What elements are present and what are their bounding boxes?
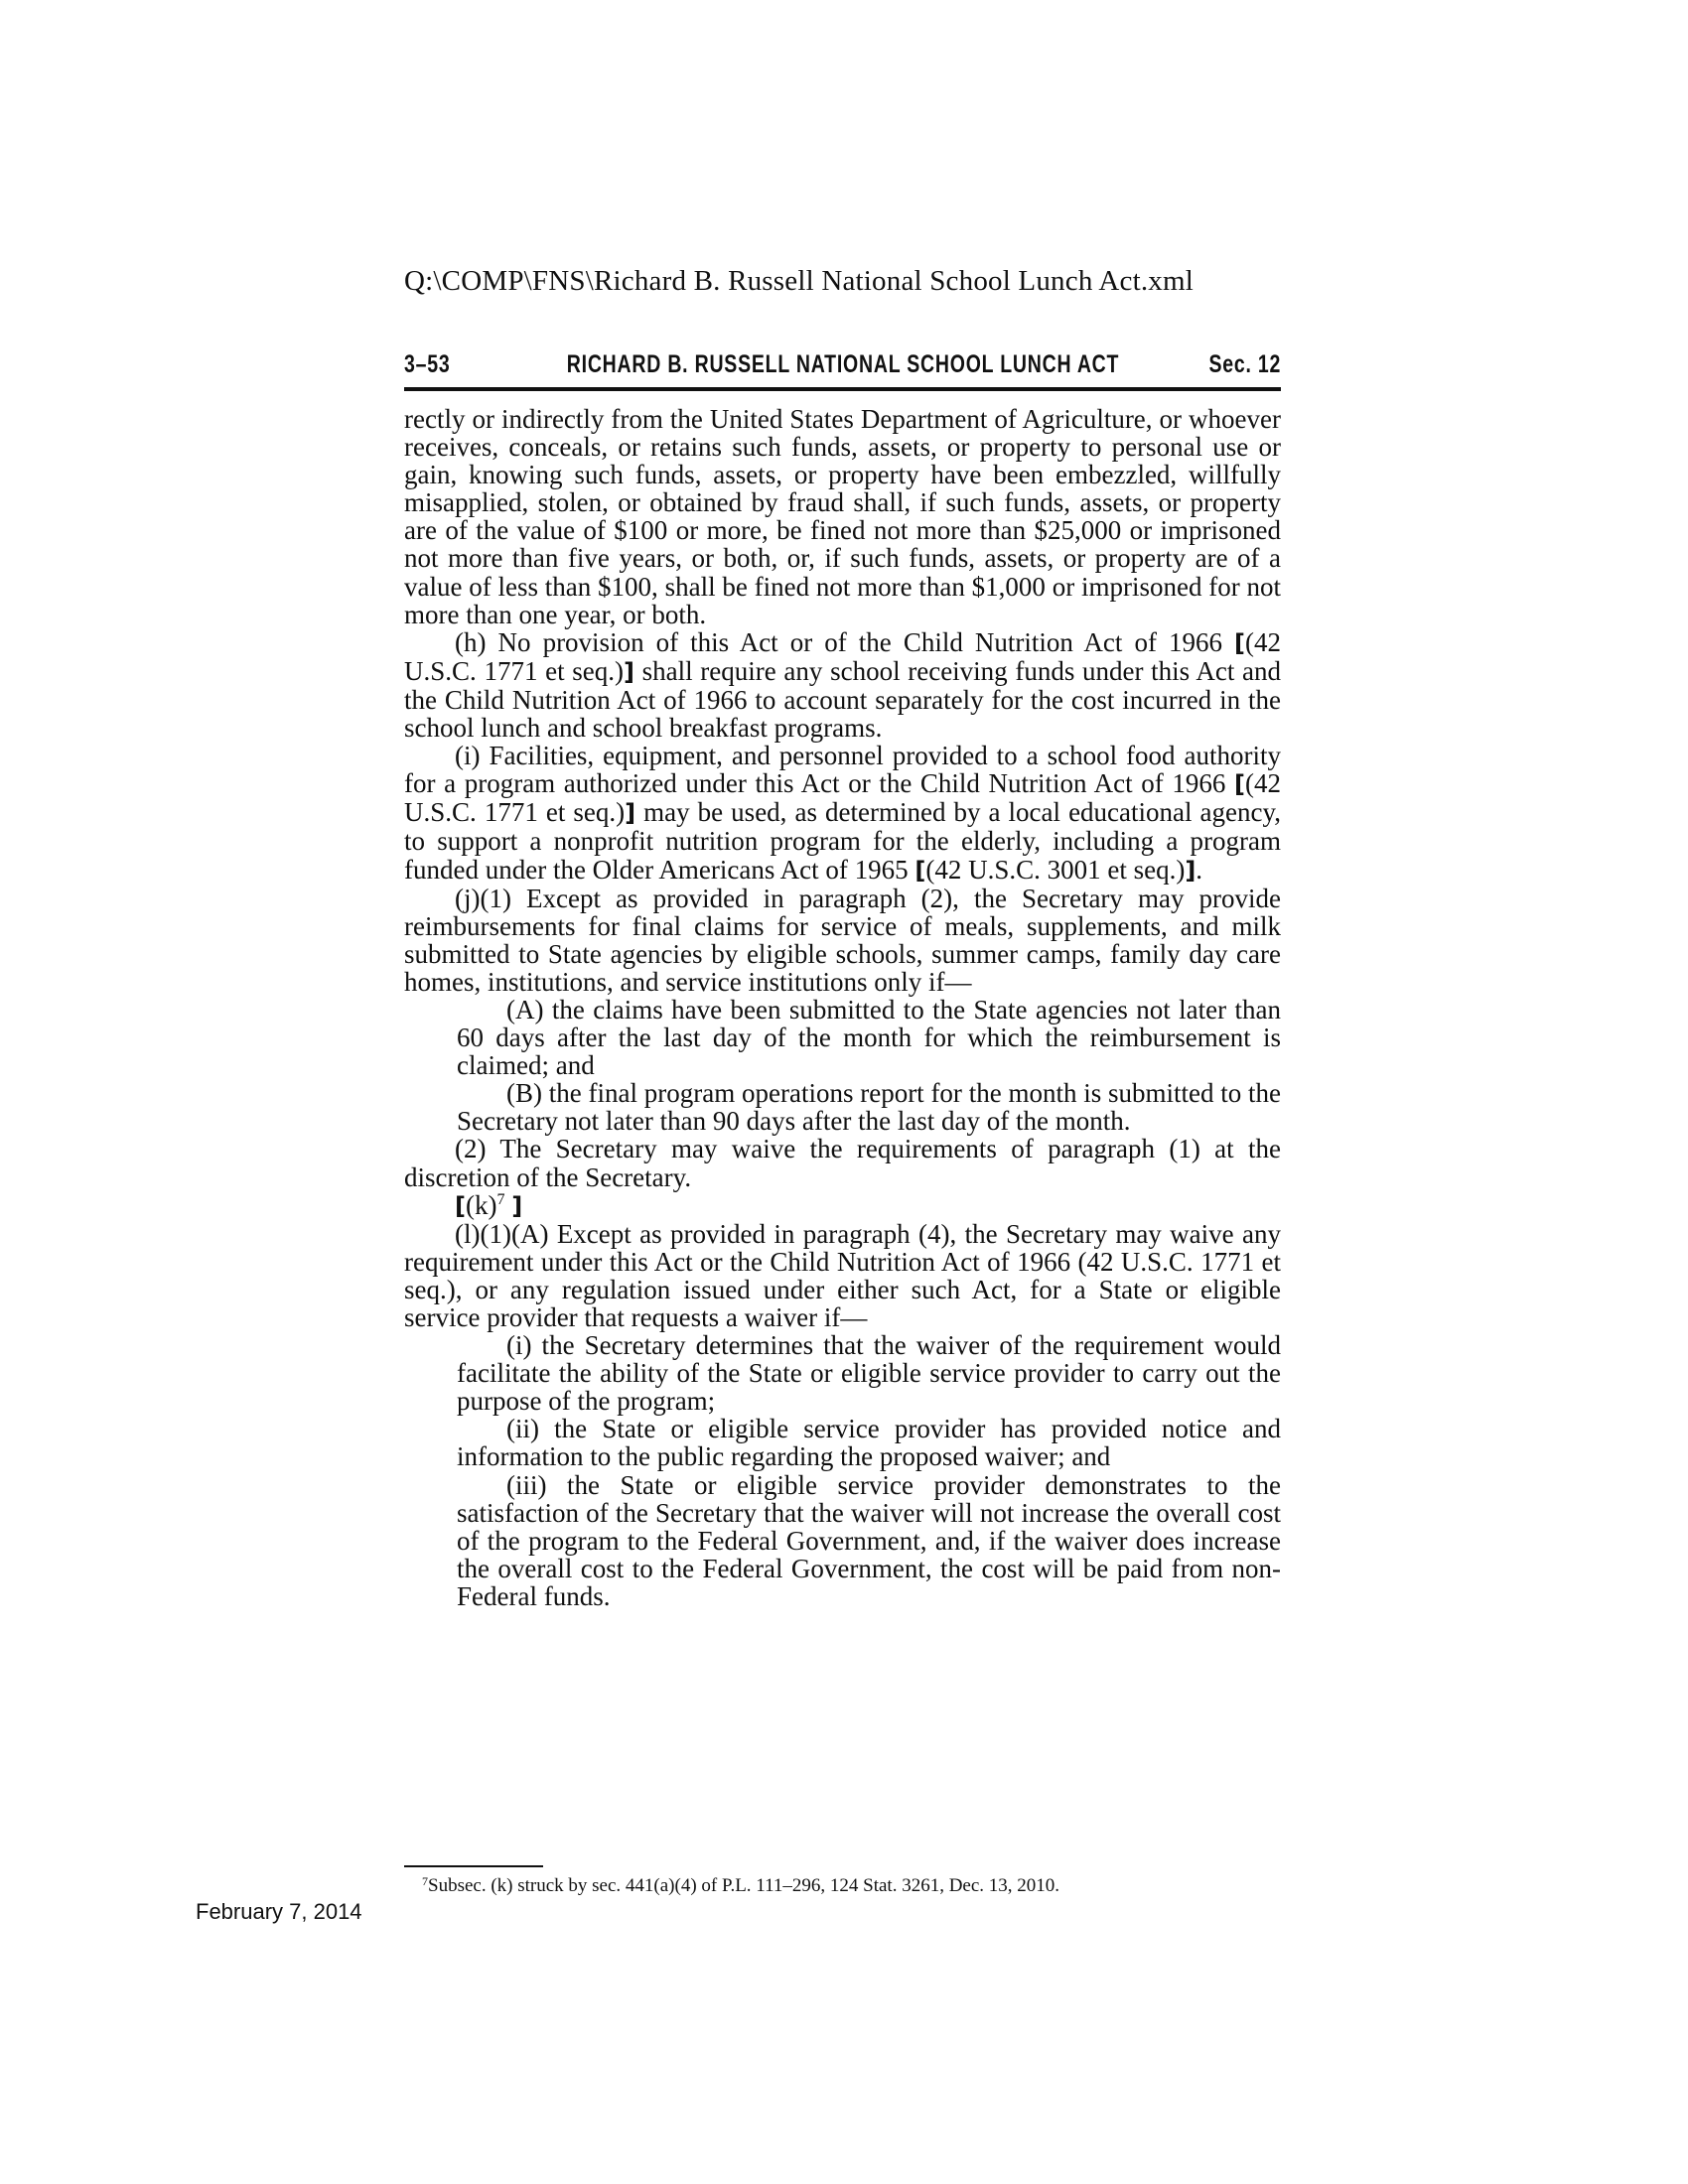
paragraph-g-continued: rectly or indirectly from the United Sta…	[404, 405, 1281, 628]
bracket-close: ]	[625, 799, 635, 827]
citation: (42 U.S.C. 3001 et seq.)	[925, 855, 1185, 885]
page-number: 3–53	[404, 347, 451, 381]
footnote: 7Subsec. (k) struck by sec. 441(a)(4) of…	[422, 1875, 1281, 1897]
footnote-text: Subsec. (k) struck by sec. 441(a)(4) of …	[428, 1875, 1059, 1896]
footnote-ref[interactable]: 7	[496, 1191, 504, 1208]
bracket-open: [	[914, 857, 925, 885]
paragraph-i: (i) Facilities, equipment, and personnel…	[404, 742, 1281, 884]
paragraph-k-struck: [(k)7 ]	[404, 1191, 1281, 1220]
section-label: Sec. 12	[1208, 347, 1281, 381]
paragraph-j-1: (j)(1) Except as provided in paragraph (…	[404, 885, 1281, 996]
bracket-open: [	[1234, 770, 1245, 798]
bracket-open: [	[1234, 629, 1245, 657]
paragraph-j-2: (2) The Secretary may waive the requirem…	[404, 1135, 1281, 1190]
running-head: 3–53 RICHARD B. RUSSELL NATIONAL SCHOOL …	[404, 347, 1281, 391]
paragraph-j-1-B: (B) the final program operations report …	[457, 1079, 1281, 1135]
paragraph-h: (h) No provision of this Act or of the C…	[404, 628, 1281, 742]
paragraph-j-1-A: (A) the claims have been submitted to th…	[457, 996, 1281, 1079]
paragraph-l-1-A: (l)(1)(A) Except as provided in paragrap…	[404, 1220, 1281, 1331]
paragraph-l-1-A-i: (i) the Secretary determines that the wa…	[457, 1331, 1281, 1415]
bracket-close: ]	[1185, 857, 1196, 885]
file-path: Q:\COMP\FNS\Richard B. Russell National …	[404, 264, 1281, 298]
bracket-open: [	[455, 1192, 466, 1220]
footnote-divider	[404, 1865, 543, 1867]
document-body: rectly or indirectly from the United Sta…	[404, 405, 1281, 1610]
running-title: RICHARD B. RUSSELL NATIONAL SCHOOL LUNCH…	[566, 347, 1118, 381]
bracket-close: ]	[511, 1192, 522, 1220]
paragraph-l-1-A-ii: (ii) the State or eligible service provi…	[457, 1415, 1281, 1470]
print-date: February 7, 2014	[196, 1899, 362, 1925]
bracket-close: ]	[624, 658, 634, 686]
paragraph-l-1-A-iii: (iii) the State or eligible service prov…	[457, 1471, 1281, 1610]
